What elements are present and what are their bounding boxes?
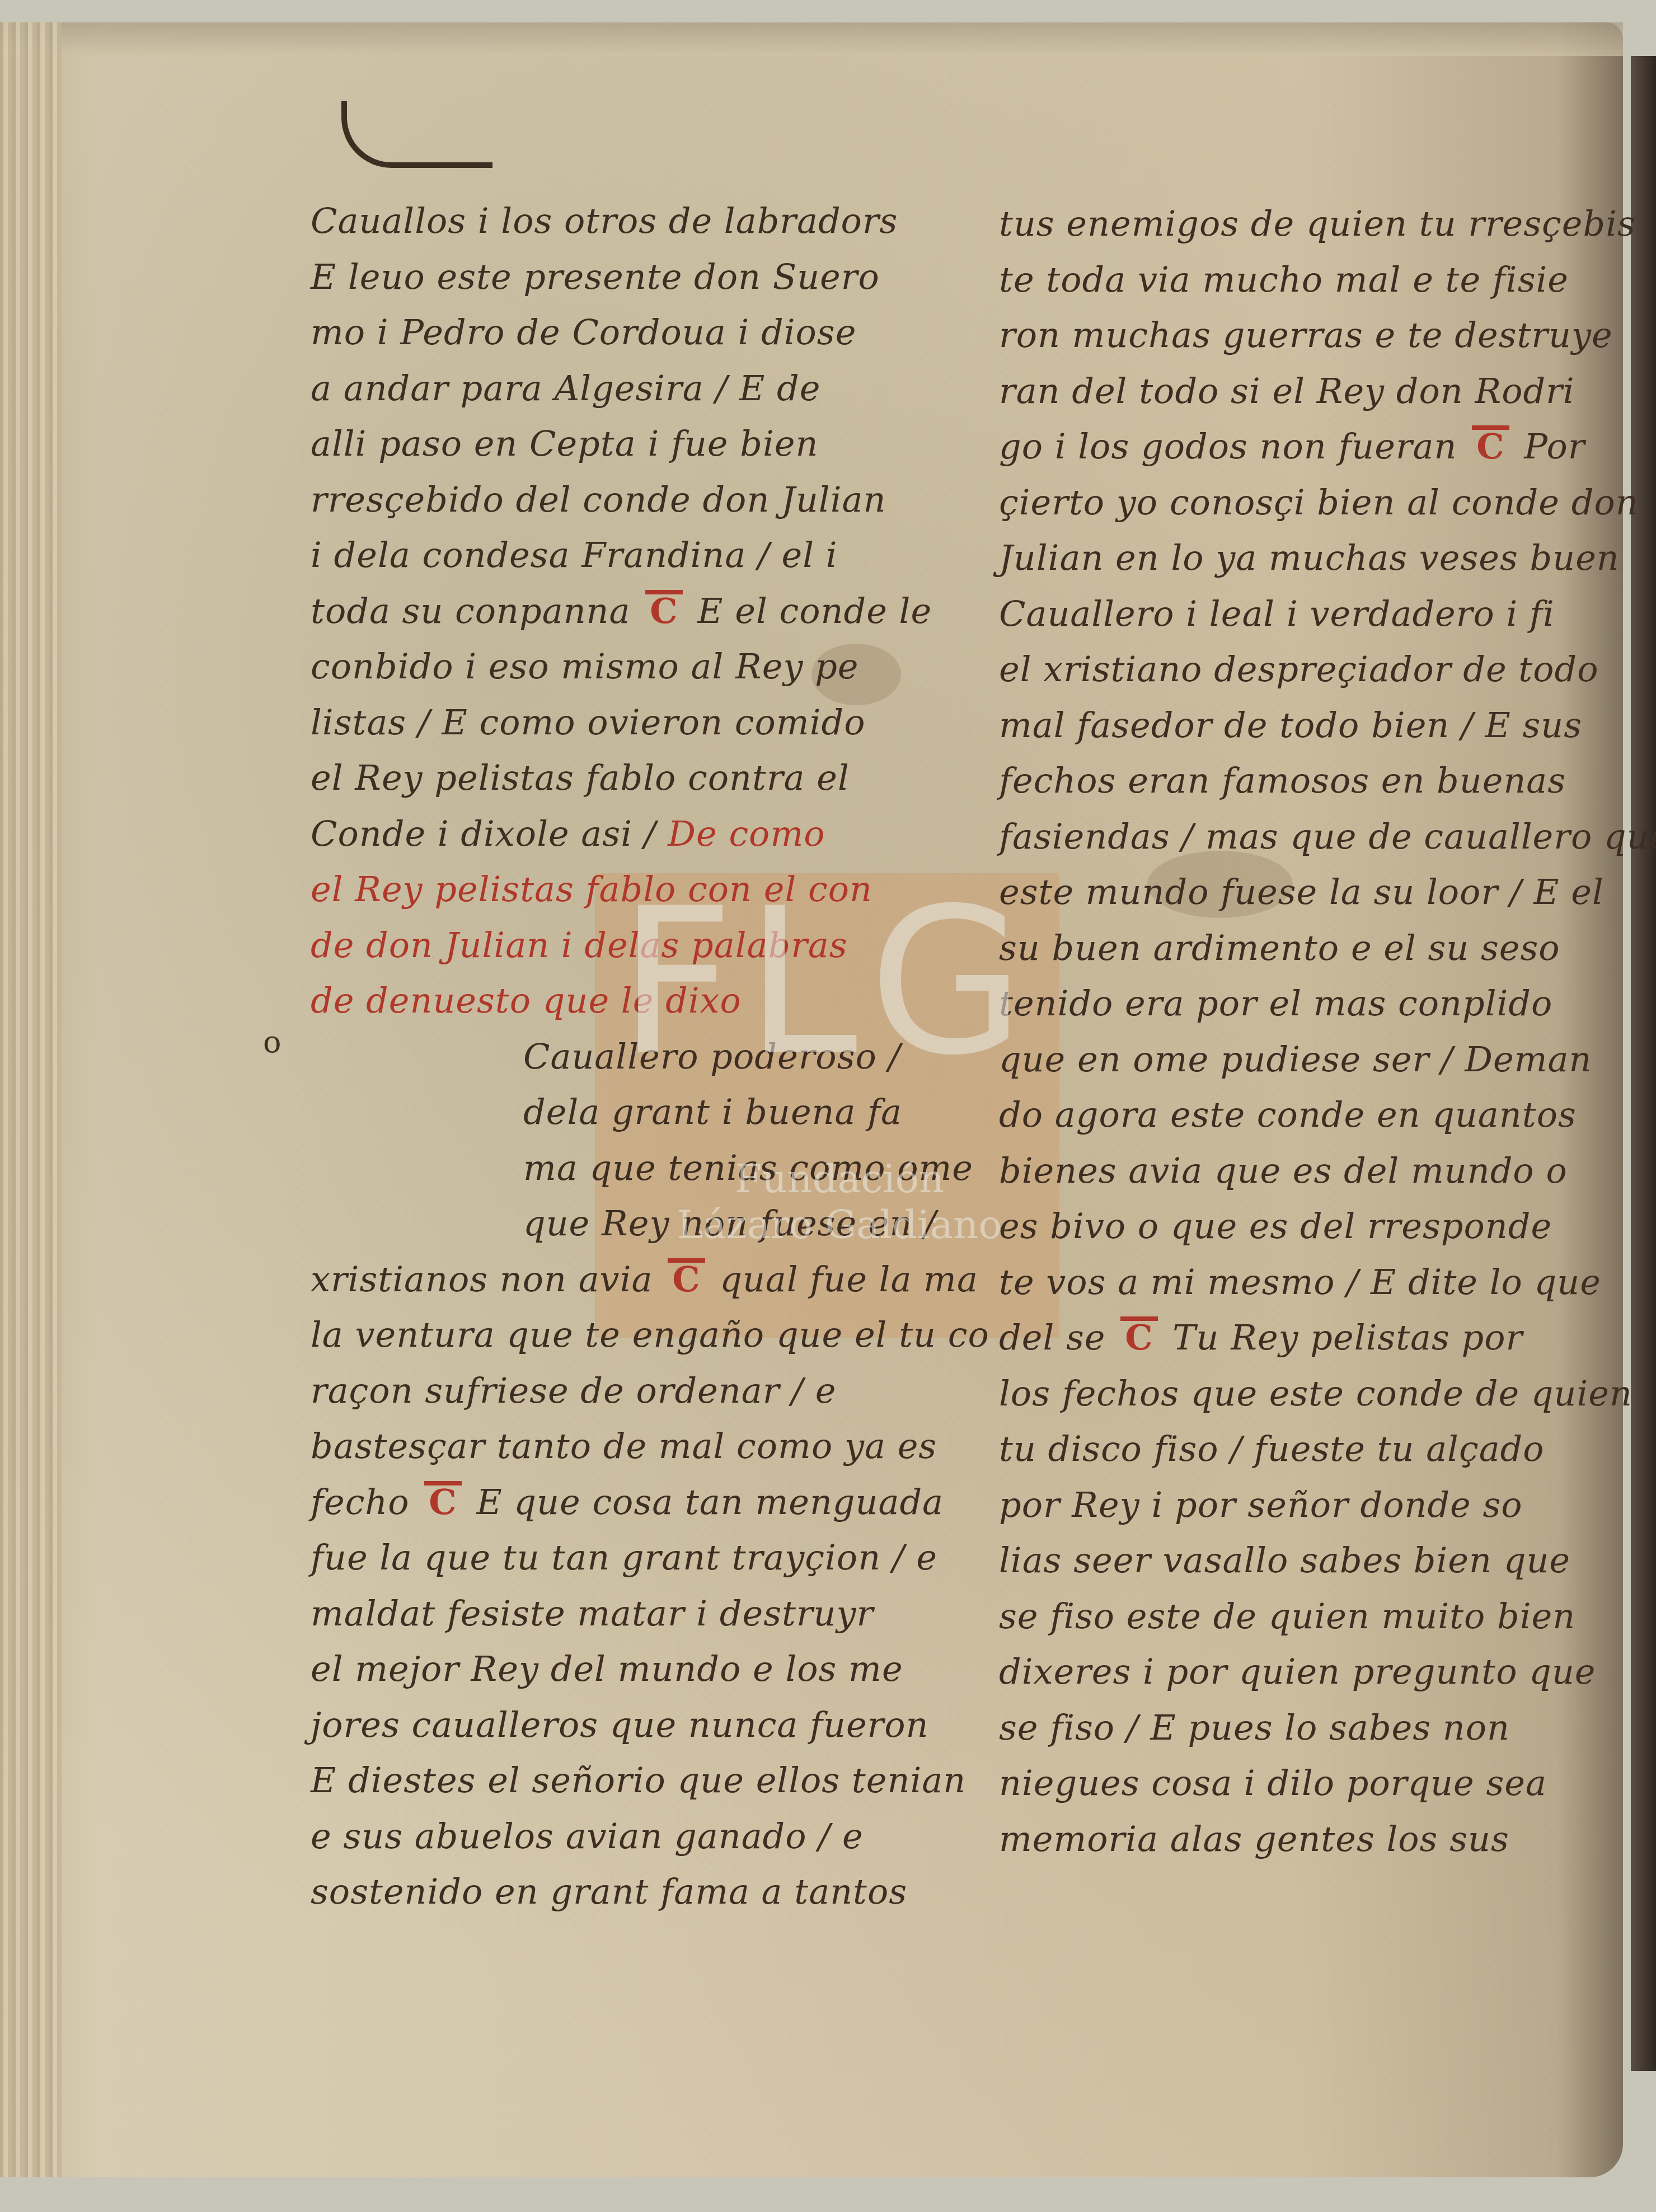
manuscript-line: raçon sufriese de ordenar / e	[311, 1363, 965, 1419]
manuscript-line: te vos a mi mesmo / E dite lo que	[999, 1254, 1620, 1310]
manuscript-line: fue la que tu tan grant trayçion / e	[311, 1530, 965, 1586]
manuscript-line: memoria alas gentes los sus	[999, 1811, 1620, 1867]
manuscript-line: el Rey pelistas fablo contra el	[311, 750, 965, 806]
pilcrow-mark-icon: C	[424, 1481, 461, 1519]
manuscript-line: se fiso este de quien muito bien	[999, 1588, 1620, 1644]
manuscript-line: alli paso en Cepta i fue bien	[311, 416, 965, 472]
manuscript-line: a andar para Algesira / E de	[311, 360, 965, 416]
margin-mark: o	[263, 1024, 282, 1060]
manuscript-line: Julian en lo ya muchas veses buen	[999, 530, 1620, 586]
manuscript-line: los fechos que este conde de quien	[999, 1366, 1620, 1422]
manuscript-line: el mejor Rey del mundo e los me	[311, 1641, 965, 1697]
manuscript-line: Cauallos i los otros de labradors	[311, 193, 965, 249]
manuscript-line: toda su conpanna C E el conde le	[311, 583, 965, 639]
manuscript-line: jores caualleros que nunca fueron	[311, 1697, 965, 1753]
manuscript-line: ron muchas guerras e te destruye	[999, 307, 1620, 363]
manuscript-line: do agora este conde en quantos	[999, 1087, 1620, 1143]
manuscript-line: Conde i dixole asi / De como	[311, 806, 965, 862]
manuscript-line: go i los godos non fueran C Por	[999, 419, 1620, 475]
manuscript-line: e sus abuelos avian ganado / e	[311, 1808, 965, 1864]
manuscript-line: su buen ardimento e el su seso	[999, 920, 1620, 976]
manuscript-line: dixeres i por quien pregunto que	[999, 1644, 1620, 1700]
ascender-flourish	[341, 101, 492, 168]
page-top-edge	[0, 22, 1623, 56]
manuscript-line: E diestes el señorio que ellos tenian	[311, 1752, 965, 1808]
pilcrow-mark-icon: C	[668, 1258, 705, 1296]
manuscript-line: listas / E como ovieron comido	[311, 695, 965, 751]
manuscript-line: el xristiano despreçiador de todo	[999, 641, 1620, 697]
manuscript-line: bastesçar tanto de mal como ya es	[311, 1418, 965, 1474]
manuscript-line: Cauallero i leal i verdadero i fi	[999, 586, 1620, 642]
manuscript-line: bienes avia que es del mundo o	[999, 1143, 1620, 1199]
manuscript-line: maldat fesiste matar i destruyr	[311, 1586, 965, 1642]
manuscript-line: sostenido en grant fama a tantos	[311, 1864, 965, 1920]
pilcrow-mark-icon: C	[1120, 1316, 1157, 1355]
manuscript-line: tenido era por el mas conplido	[999, 976, 1620, 1032]
watermark-line-2: Lázaro Galdiano	[638, 1202, 1041, 1248]
pilcrow-mark-icon: C	[1472, 425, 1509, 463]
manuscript-line: E leuo este presente don Suero	[311, 249, 965, 305]
manuscript-line: tus enemigos de quien tu rresçebis	[999, 196, 1620, 252]
manuscript-line: xristianos non avia C qual fue la ma	[311, 1252, 965, 1307]
pilcrow-mark-icon: C	[645, 590, 682, 628]
manuscript-line: lias seer vasallo sabes bien que	[999, 1533, 1620, 1588]
manuscript-line: fecho C E que cosa tan menguada	[311, 1474, 965, 1530]
manuscript-line: es bivo o que es del rresponde	[999, 1198, 1620, 1254]
rubric-heading: De como	[668, 813, 825, 854]
manuscript-line: niegues cosa i dilo porque sea	[999, 1755, 1620, 1811]
watermark-line-1: Fundación	[638, 1156, 1041, 1202]
manuscript-line: ran del todo si el Rey don Rodri	[999, 363, 1620, 419]
manuscript-line: se fiso / E pues lo sabes non	[999, 1700, 1620, 1756]
watermark-caption: Fundación Lázaro Galdiano	[638, 1156, 1041, 1248]
right-text-column: tus enemigos de quien tu rresçebiste tod…	[999, 196, 1620, 1867]
book-fore-edge-shadow	[1631, 56, 1656, 2071]
manuscript-line: te toda via mucho mal e te fisie	[999, 252, 1620, 308]
manuscript-line: mal fasedor de todo bien / E sus	[999, 697, 1620, 753]
manuscript-line: conbido i eso mismo al Rey pe	[311, 639, 965, 695]
manuscript-line: la ventura que te engaño que el tu co	[311, 1307, 965, 1363]
manuscript-line: mo i Pedro de Cordoua i diose	[311, 304, 965, 360]
manuscript-line: del se C Tu Rey pelistas por	[999, 1310, 1620, 1366]
manuscript-line: por Rey i por señor donde so	[999, 1477, 1620, 1533]
manuscript-line: rresçebido del conde don Julian	[311, 472, 965, 528]
manuscript-line: tu disco fiso / fueste tu alçado	[999, 1421, 1620, 1477]
manuscript-line: fechos eran famosos en buenas	[999, 753, 1620, 809]
watermark-logo: FLG	[595, 890, 1059, 1075]
manuscript-line: fasiendas / mas que de cauallero que	[999, 809, 1620, 865]
manuscript-line: çierto yo conosçi bien al conde don	[999, 475, 1620, 531]
manuscript-line: i dela condesa Frandina / el i	[311, 527, 965, 583]
manuscript-line: este mundo fuese la su loor / E el	[999, 864, 1620, 920]
page-gutter-edge	[0, 22, 62, 2177]
manuscript-line: que en ome pudiese ser / Deman	[999, 1032, 1620, 1088]
